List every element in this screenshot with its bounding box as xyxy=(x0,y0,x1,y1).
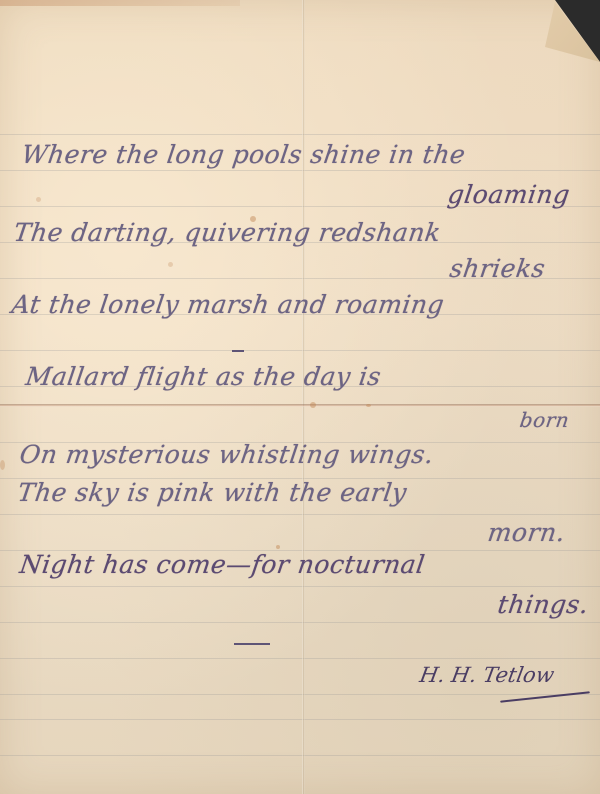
foxing-spot xyxy=(276,545,280,549)
ruled-line xyxy=(0,719,600,720)
poem-line-5: On mysterious whistling wings. xyxy=(18,440,436,469)
horizontal-fold-crease xyxy=(0,404,600,407)
ruled-line xyxy=(0,514,600,515)
poem-line-1-continuation: gloaming xyxy=(446,180,572,209)
ruled-line xyxy=(0,586,600,587)
poem-line-7-continuation: things. xyxy=(496,590,591,619)
foxing-spot xyxy=(36,197,41,202)
signature-underline xyxy=(500,691,590,702)
poem-line-2-continuation: shrieks xyxy=(448,254,547,283)
foxing-spot xyxy=(366,404,371,407)
paper-sheet: Where the long pools shine in the gloami… xyxy=(0,0,600,794)
ruled-line xyxy=(0,622,600,623)
signature: H. H. Tetlow xyxy=(418,663,556,687)
vertical-fold-crease xyxy=(302,0,305,794)
ruled-line xyxy=(0,170,600,171)
ruled-line xyxy=(0,658,600,659)
poem-line-3: At the lonely marsh and roaming xyxy=(10,290,446,319)
ruled-line xyxy=(0,134,600,135)
foxing-spot xyxy=(168,262,173,267)
poem-line-6-continuation: morn. xyxy=(486,518,567,547)
foxing-spot xyxy=(310,402,316,408)
poem-line-2: The darting, quivering redshank xyxy=(12,218,443,247)
ruled-line xyxy=(0,694,600,695)
ruled-line xyxy=(0,350,600,351)
top-edge-stain xyxy=(0,0,240,6)
separator-dash xyxy=(234,643,270,645)
foxing-spot xyxy=(0,460,5,470)
poem-line-7: Night has come—for nocturnal xyxy=(18,550,427,579)
poem-line-4-continuation: born xyxy=(518,408,571,432)
poem-line-4: Mallard flight as the day is xyxy=(24,362,383,391)
poem-line-1: Where the long pools shine in the xyxy=(20,140,467,169)
separator-dash xyxy=(232,350,244,352)
ruled-line xyxy=(0,755,600,756)
poem-line-6: The sky is pink with the early xyxy=(16,478,409,507)
